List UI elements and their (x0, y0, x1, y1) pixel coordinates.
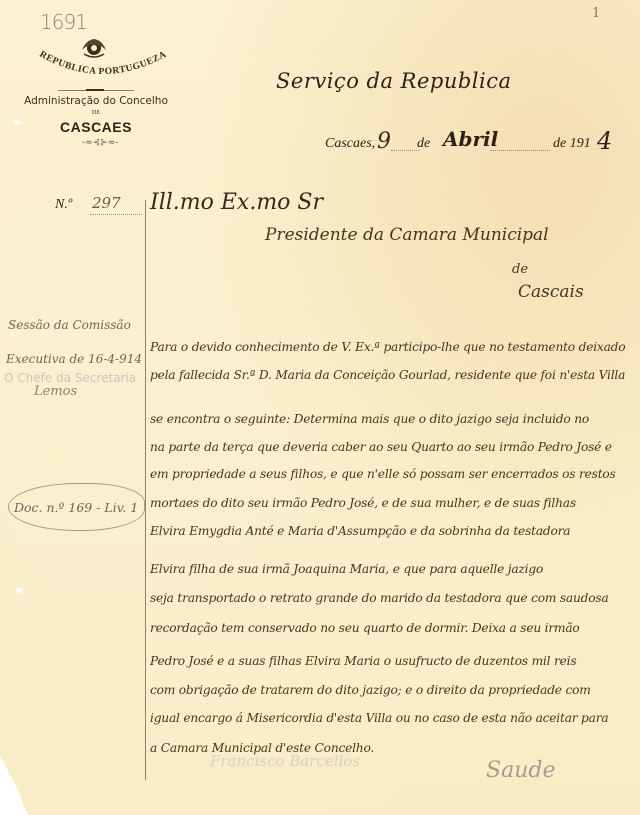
date-month: Abril (443, 127, 498, 151)
archive-number: 1691 (40, 10, 87, 34)
date-line: Cascaes, 9 de Abril de 191 4 (325, 133, 615, 155)
closing-signature: Saude (486, 758, 555, 783)
svg-text:REPUBLICA PORTUGUEZA: REPUBLICA PORTUGUEZA (38, 50, 169, 77)
session-note-line2: Executiva de 16-4-914 (6, 352, 142, 366)
dotted-rule (391, 150, 419, 151)
municipality-name: CASCAES (22, 119, 170, 135)
body-line: na parte da terça que deveria caber ao s… (150, 440, 612, 454)
stamp-signature: Lemos (34, 384, 77, 399)
page-number: 1 (592, 6, 600, 21)
dotted-rule (490, 150, 550, 151)
letterhead-rule-accent (86, 89, 104, 91)
addressee-city: Cascais (518, 282, 584, 302)
letter-page: 1691 1 REPUBLICA PORTUGUEZA Administraçã… (0, 0, 640, 815)
date-year-prefix: de 191 (553, 136, 591, 152)
punch-hole (14, 120, 21, 125)
body-line: mortaes do dito seu irmão Pedro José, e … (150, 496, 576, 510)
body-line: recordação tem conservado no seu quarto … (150, 621, 580, 635)
date-year-suffix: 4 (597, 127, 612, 155)
session-note-line1: Sessão da Comissão (8, 318, 131, 332)
body-line: pela fallecida Sr.ª D. Maria da Conceiçã… (150, 368, 625, 382)
body-line: com obrigação de tratarem do dito jazigo… (150, 683, 591, 697)
addressee-de: de (512, 262, 528, 277)
date-de: de (417, 136, 430, 152)
torn-corner (0, 755, 28, 815)
body-line: Elvira filha de sua irmã Joaquina Maria,… (150, 562, 543, 576)
faint-countersignature: Francisco Barcellos (210, 752, 360, 770)
date-place: Cascaes, (325, 136, 375, 152)
body-line: Pedro José e a suas filhas Elvira Maria … (150, 654, 576, 668)
addressee-title: Presidente da Camara Municipal (265, 225, 549, 245)
body-line: igual encargo á Misericordia d'esta Vill… (150, 711, 608, 725)
secretary-stamp: O Chefe da Secretaria (4, 371, 136, 385)
body-line: se encontra o seguinte: Determina mais q… (150, 412, 589, 426)
service-title: Serviço da Republica (276, 69, 512, 93)
body-line: seja transportado o retrato grande do ma… (150, 591, 609, 605)
body-line: Elvira Emygdia Anté e Maria d'Assumpção … (150, 524, 570, 538)
letterhead-de: DE (22, 110, 170, 116)
ornament-icon: -≈⊰⊱≈- (82, 138, 118, 148)
salutation: Ill.mo Ex.mo Sr (150, 190, 323, 215)
punch-hole (16, 588, 23, 593)
administration-label: Administração do Concelho (22, 95, 170, 107)
date-day: 9 (377, 129, 391, 154)
dotted-rule (90, 214, 142, 215)
margin-rule (145, 200, 146, 780)
body-line: em propriedade a seus filhos, e que n'el… (150, 467, 616, 481)
reference-label: N.º (55, 197, 72, 213)
doc-reference: Doc. n.º 169 - Liv. 1 (14, 500, 138, 515)
republic-heading: REPUBLICA PORTUGUEZA (28, 36, 178, 86)
reference-number: 297 (92, 194, 121, 212)
body-line: Para o devido conhecimento de V. Ex.ª pa… (150, 340, 625, 354)
